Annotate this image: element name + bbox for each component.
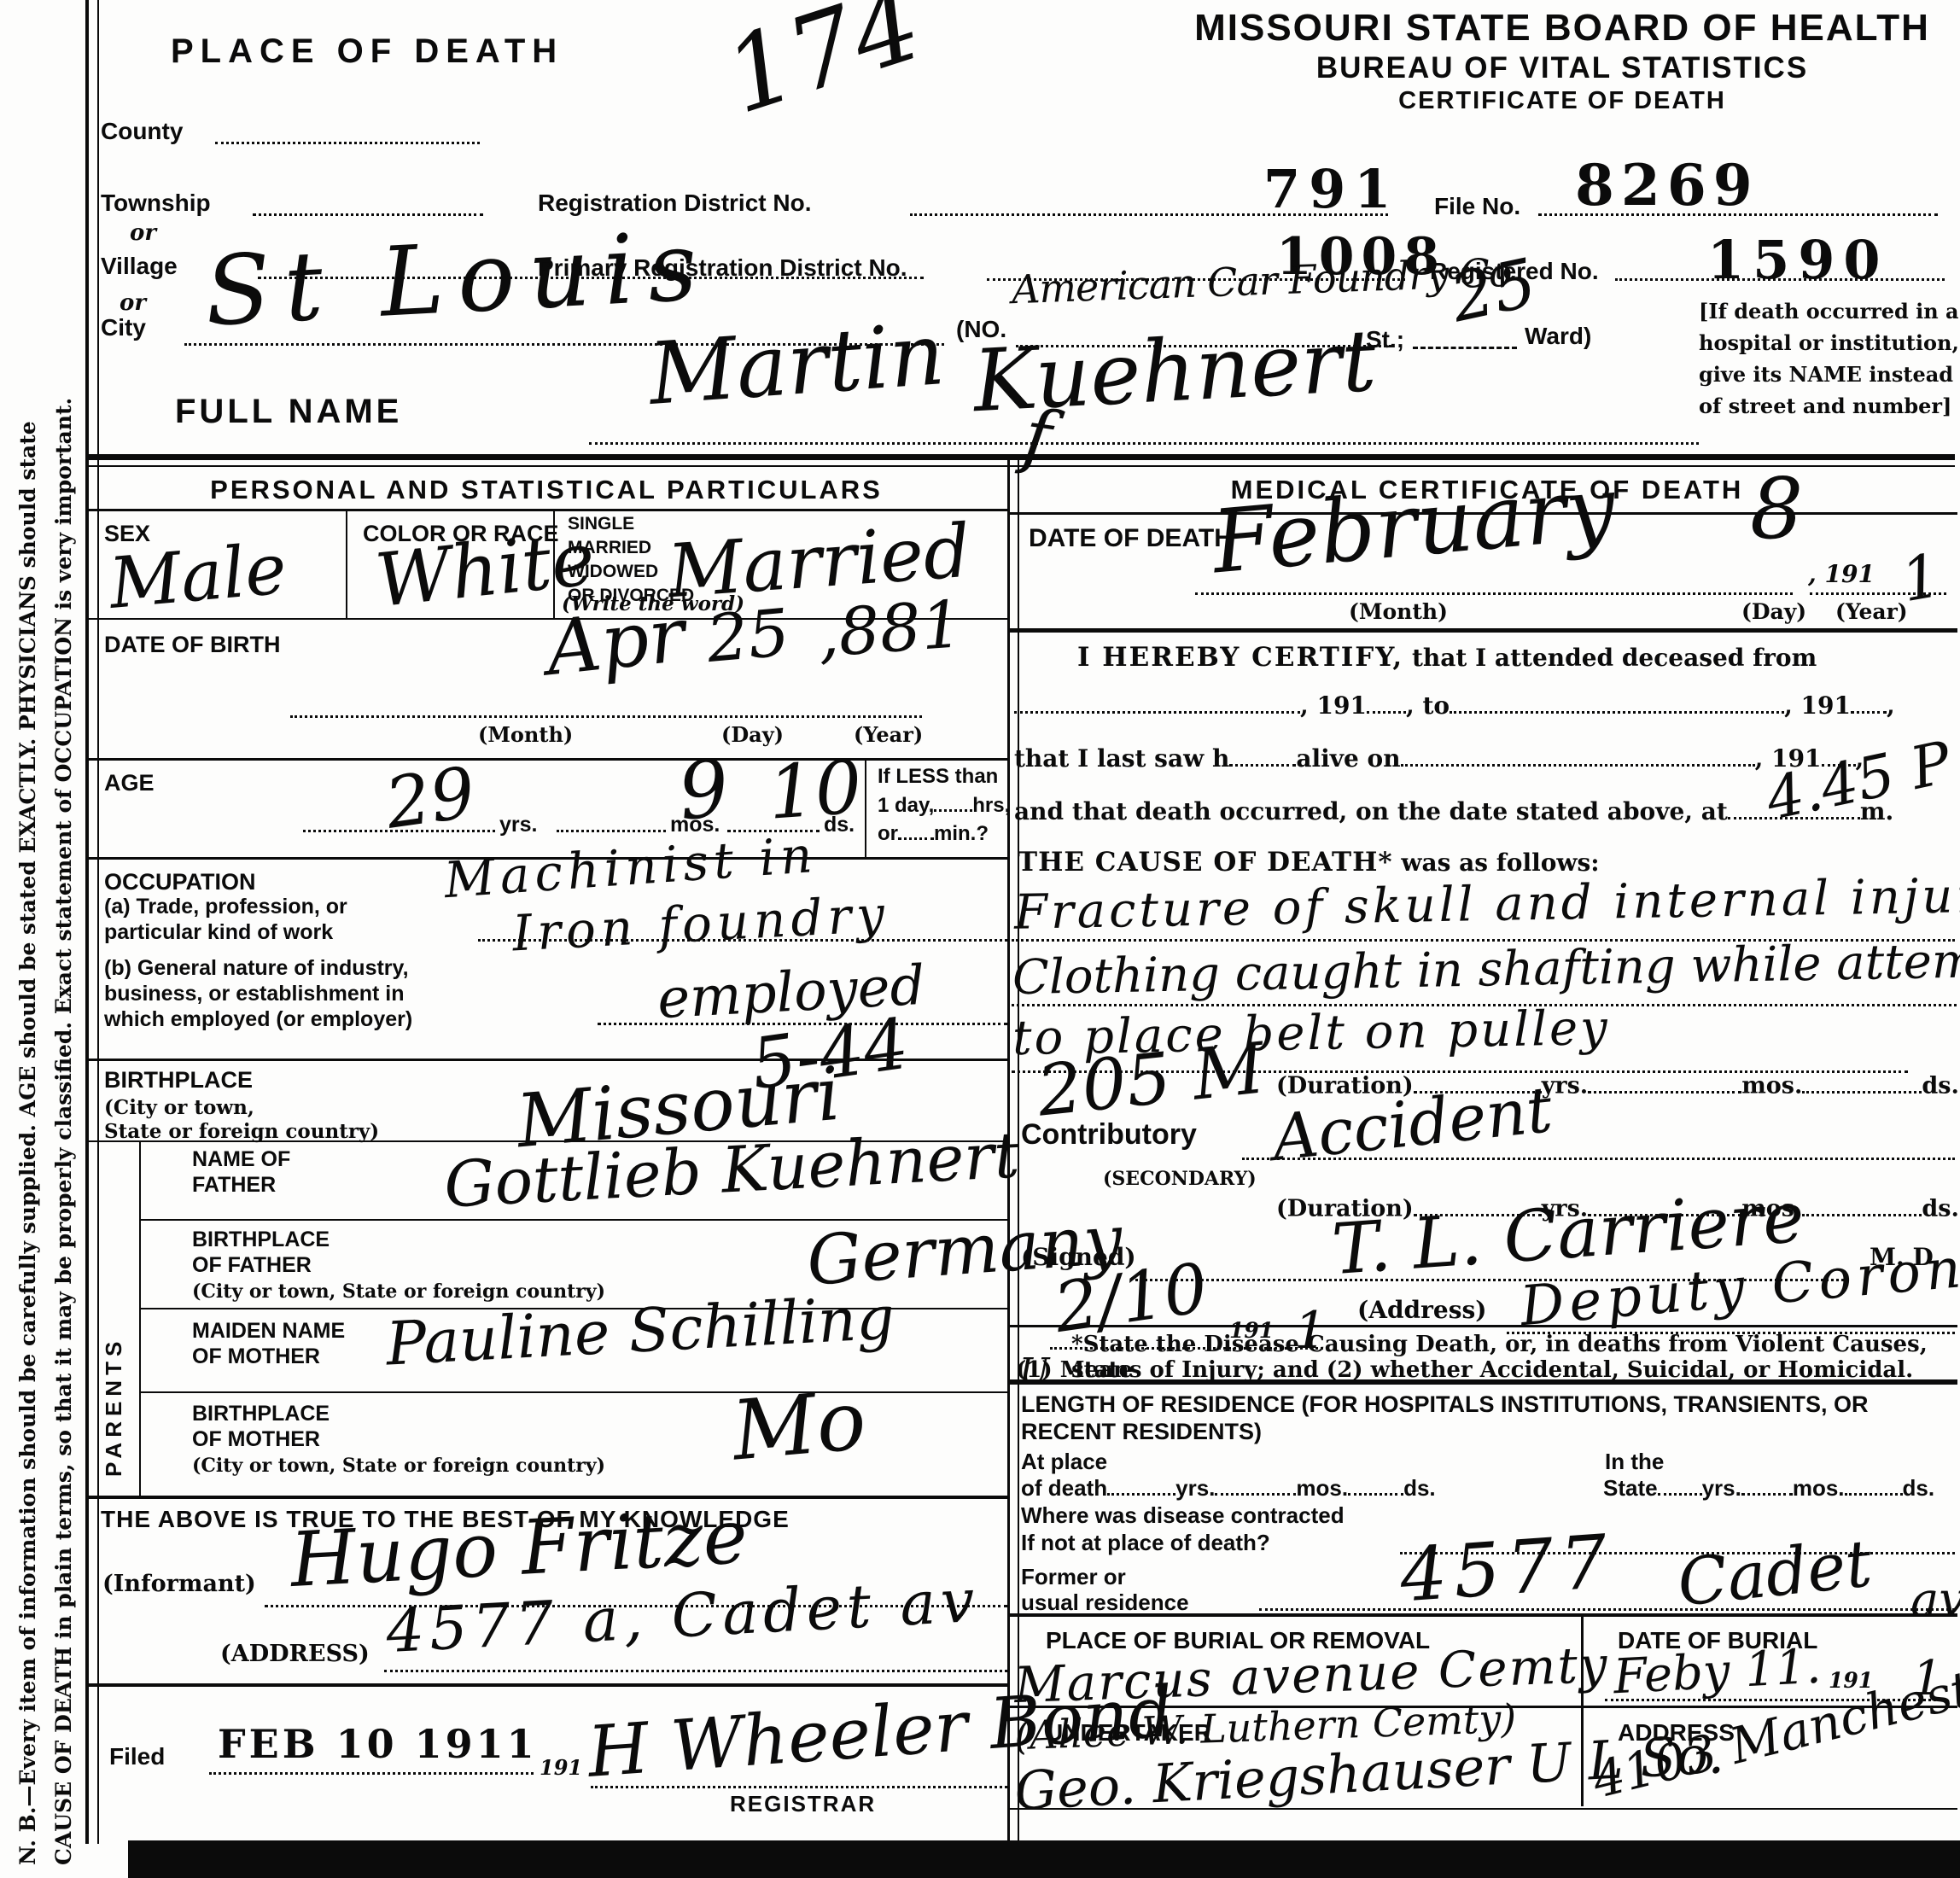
duration2-ds-blank <box>1802 1195 1922 1216</box>
mother-name-label-line2: OF MOTHER <box>192 1344 320 1369</box>
father-birthplace-label-line2: OF FATHER <box>192 1253 312 1278</box>
registrar-blank <box>591 1786 1007 1788</box>
age-note-line2: 1 day,hrs, <box>878 793 1010 818</box>
informant-address-blank <box>384 1670 1007 1672</box>
parents-bottom-rule <box>85 1496 1007 1499</box>
undertaker-bottom-rule <box>1010 1808 1957 1810</box>
primary-registration-label: Primary Registration District No. <box>538 254 907 282</box>
attended-y191b: , 191 <box>1784 691 1851 720</box>
village-label: Village <box>101 253 178 280</box>
certificate-title: CERTIFICATE OF DEATH <box>1187 87 1938 115</box>
age-note-min-blank <box>898 821 934 840</box>
place-ds-label: ds. <box>1403 1475 1436 1501</box>
color-marital-divider <box>553 509 555 618</box>
duration1-ds-label: ds. <box>1922 1073 1958 1099</box>
occupation-label: OCCUPATION <box>104 869 256 895</box>
filed-year-printed: 191 <box>540 1755 582 1780</box>
former-residence-blank <box>1259 1608 1955 1611</box>
attended-comma: , <box>1887 691 1895 720</box>
hospital-note-line4: of street and number] <box>1699 390 1960 422</box>
mother-birthplace-label-line2: OF MOTHER <box>192 1427 320 1452</box>
death-year-label: (Year) <box>1835 599 1908 624</box>
duration1-mos-blank <box>1588 1072 1741 1094</box>
bottom-scan-bar <box>128 1840 1960 1878</box>
place-ds-blank <box>1348 1475 1403 1496</box>
death-occurred-row: and that death occurred, on the date sta… <box>1014 797 1893 825</box>
informant-bottom-rule <box>85 1683 1007 1687</box>
death-date-blank2 <box>1810 592 1946 595</box>
attended-to-blank <box>1450 692 1784 714</box>
left-border-outer <box>85 0 89 1844</box>
in-state-row: Stateyrs.mos.ds. <box>1603 1475 1934 1502</box>
occupation-a-label-line1: (a) Trade, profession, or <box>104 895 347 919</box>
mother-birthplace-label-line1: BIRTHPLACE <box>192 1402 330 1426</box>
birthplace-label: BIRTHPLACE <box>104 1067 253 1094</box>
attended-y191a-blank <box>1367 692 1406 714</box>
age-note-min-label: min.? <box>934 822 989 845</box>
contributory-label: Contributory <box>1021 1118 1197 1152</box>
margin-note-line1: N. B.—Every item of information should b… <box>10 21 46 1865</box>
filed-label: Filed <box>109 1743 165 1770</box>
last-saw-blank1 <box>1229 745 1296 767</box>
hospital-note-line1: [If death occurred in a <box>1699 295 1960 327</box>
mother-birthplace-value-handwriting: Mo <box>728 1372 869 1478</box>
dob-day-handwriting: 25 <box>703 594 792 677</box>
death-certificate-scan: N. B.—Every item of information should b… <box>0 0 1960 1878</box>
age-yrs-label: yrs. <box>499 813 537 837</box>
alive-on-text: alive on <box>1296 744 1400 773</box>
birthplace-sub-line1: (City or town, <box>104 1096 254 1119</box>
father-birthplace-label-line1: BIRTHPLACE <box>192 1228 330 1252</box>
age-note-divider <box>865 760 866 857</box>
registrar-label: REGISTRAR <box>730 1791 876 1817</box>
age-ds-label: ds. <box>824 813 855 837</box>
county-blank-line <box>215 142 480 144</box>
former-residence-label-line1: Former or <box>1021 1564 1126 1590</box>
place-mos-label: mos. <box>1296 1475 1348 1501</box>
residence-title-line2: RECENT RESIDENTS) <box>1021 1419 1262 1445</box>
burial-date-value-handwriting: Feby 11. <box>1612 1639 1822 1706</box>
township-blank-line <box>253 213 483 216</box>
hospital-note-line2: hospital or institution, <box>1699 327 1960 359</box>
dob-month-handwriting: Apr <box>542 591 689 692</box>
alive-on-blank <box>1401 745 1755 767</box>
age-years-blank <box>303 830 495 832</box>
age-note-line3-text: or <box>878 822 898 845</box>
father-birthplace-sub-label: (City or town, State or foreign country) <box>192 1280 605 1303</box>
file-no-label: File No. <box>1434 193 1520 220</box>
dob-blank <box>290 715 922 718</box>
dob-month-label: (Month) <box>478 722 573 747</box>
street-value-handwriting: American Car Foundry Co <box>1011 249 1512 312</box>
ward-label: Ward) <box>1525 323 1591 350</box>
filed-date-stamp: FEB 10 1911 <box>218 1721 538 1767</box>
informant-address-label: (ADDRESS) <box>220 1641 370 1667</box>
occupation-b-label-line2: business, or establishment in <box>104 982 404 1006</box>
cause-bold-text: THE CAUSE OF DEATH* <box>1018 847 1393 878</box>
hospital-note: [If death occurred in a hospital or inst… <box>1699 295 1960 422</box>
or-label-2: or <box>120 290 146 316</box>
cause-line2-handwriting: Clothing caught in shafting while attemp… <box>1012 931 1960 1006</box>
contracted-label-line1: Where was disease contracted <box>1021 1502 1345 1529</box>
sex-value-handwriting: Male <box>106 528 289 625</box>
at-place-row: of deathyrs.mos.ds. <box>1021 1475 1436 1502</box>
state-yrs-label: yrs. <box>1702 1475 1741 1501</box>
certify-line: I HEREBY CERTIFY, that I attended deceas… <box>1077 642 1817 673</box>
contracted-label-line2: If not at place of death? <box>1021 1530 1270 1556</box>
death-day-label: (Day) <box>1741 599 1806 624</box>
state-ds-blank <box>1845 1475 1903 1496</box>
state-mos-label: mos. <box>1793 1475 1845 1501</box>
margin-note: N. B.—Every item of information should b… <box>10 21 82 1865</box>
informant-label: (Informant) <box>102 1571 256 1597</box>
attended-y191b-blank <box>1851 692 1887 714</box>
state-yrs-blank <box>1658 1475 1702 1496</box>
in-the-label: In the <box>1605 1449 1664 1475</box>
case-number-handwriting: 174 <box>712 0 935 137</box>
death-date-rule <box>1010 628 1957 633</box>
township-label: Township <box>101 190 211 217</box>
former-residence-street-handwriting: Cadet <box>1674 1525 1875 1620</box>
personal-header-rule <box>85 509 1007 511</box>
duration1-mos-label: mos. <box>1741 1073 1802 1099</box>
physician-address-label: (Address) <box>1357 1296 1486 1324</box>
registration-district-label: Registration District No. <box>538 190 811 217</box>
residence-top-rule <box>1010 1379 1957 1385</box>
age-note-hrs-label: hrs, <box>972 794 1010 817</box>
last-saw-row: that I last saw halive on, 191, <box>1014 744 1864 773</box>
place-yrs-label: yrs. <box>1175 1475 1215 1501</box>
date-of-death-label: DATE OF DEATH <box>1029 524 1233 553</box>
place-of-death-title: PLACE OF DEATH <box>171 32 563 71</box>
age-months-blank <box>557 830 666 832</box>
attended-blank-row: , 191, to, 191, <box>1014 691 1895 720</box>
dob-year-label: (Year) <box>854 722 923 747</box>
dob-day-label: (Day) <box>721 722 784 747</box>
duration2-ds-label: ds. <box>1922 1196 1958 1222</box>
duration1-ds-blank <box>1802 1072 1922 1094</box>
former-residence-number-handwriting: 4577 <box>1397 1519 1617 1618</box>
death-day-handwriting: 8 <box>1750 461 1803 558</box>
at-place-label-line2: of death <box>1021 1475 1107 1501</box>
bureau-title: BUREAU OF VITAL STATISTICS <box>1187 51 1938 85</box>
age-note-hrs-blank <box>934 793 972 812</box>
last-saw-text: that I last saw h <box>1014 744 1229 773</box>
attended-y191a: , 191 <box>1300 691 1367 720</box>
sex-color-divider <box>346 509 347 618</box>
city-label: City <box>101 314 146 341</box>
secondary-label: (Secondary) <box>1103 1168 1257 1190</box>
state-label: State <box>1603 1475 1658 1501</box>
mother-name-label-line1: MAIDEN NAME <box>192 1319 345 1344</box>
footnote-top-rule <box>1010 1325 1957 1327</box>
former-residence-label-line2: usual residence <box>1021 1589 1189 1616</box>
cause-line1-handwriting: Fracture of skull and internal injuries <box>1014 866 1960 940</box>
registration-district-value-stamp: 791 <box>1263 158 1399 220</box>
filed-blank <box>209 1772 534 1775</box>
certify-bold-text: I HEREBY CERTIFY, <box>1077 642 1403 673</box>
personal-section-title: PERSONAL AND STATISTICAL PARTICULARS <box>85 475 1007 505</box>
county-label: County <box>101 118 183 145</box>
occupation-a-label-line2: particular kind of work <box>104 920 333 945</box>
age-label: AGE <box>104 770 155 796</box>
occupation-a-blank <box>478 939 1007 942</box>
file-no-value-stamp: 8269 <box>1575 152 1759 219</box>
board-title: MISSOURI STATE BOARD OF HEALTH <box>1187 7 1938 50</box>
death-occurred-text: and that death occurred, on the date sta… <box>1014 797 1728 825</box>
former-residence-av-handwriting: av <box>1910 1572 1960 1628</box>
certify-rest-text: that I attended deceased from <box>1403 644 1817 672</box>
ward-blank <box>1413 347 1517 349</box>
dob-label: DATE OF BIRTH <box>104 632 280 658</box>
father-name-label-line1: NAME OF <box>192 1147 290 1172</box>
burial-top-rule <box>1010 1613 1957 1617</box>
hospital-note-line3: give its NAME instead <box>1699 359 1960 390</box>
age-note-line1: If LESS than <box>878 765 998 789</box>
parents-rule-3 <box>139 1391 1007 1393</box>
death-year-printed: , 191 <box>1808 560 1875 588</box>
row-rule-2 <box>85 758 1007 761</box>
father-name-label-line2: FATHER <box>192 1173 276 1198</box>
attended-to-label: , to <box>1406 691 1450 720</box>
death-date-blank1 <box>1195 592 1793 595</box>
margin-note-line2: CAUSE OF DEATH in plain terms, so that i… <box>46 21 82 1865</box>
residence-title-line1: LENGTH OF RESIDENCE (FOR HOSPITALS INSTI… <box>1021 1391 1869 1418</box>
state-mos-blank <box>1741 1475 1793 1496</box>
birthplace-sub-line2: State or foreign country) <box>104 1120 379 1143</box>
age-note-line2-text: 1 day, <box>878 794 934 817</box>
full-name-label: FULL NAME <box>175 393 402 431</box>
age-note-line3: ormin.? <box>878 821 989 846</box>
full-name-first-handwriting: Martin <box>645 304 948 424</box>
occupation-b-label-line3: which employed (or employer) <box>104 1007 412 1032</box>
parents-vertical-label: PARENTS <box>101 1204 127 1477</box>
attended-from-blank <box>1014 692 1300 714</box>
state-ds-label: ds. <box>1903 1475 1935 1501</box>
cause-of-death-label: THE CAUSE OF DEATH* was as follows: <box>1018 847 1600 878</box>
left-border-inner <box>97 0 99 1844</box>
at-place-label-line1: At place <box>1021 1449 1107 1475</box>
full-name-blank <box>589 442 1699 445</box>
occupation-b-label-line1: (b) General nature of industry, <box>104 956 409 981</box>
undertaker-label: UNDERTAKER <box>1046 1719 1211 1747</box>
or-label-1: or <box>130 220 156 246</box>
death-month-label: (Month) <box>1349 599 1448 624</box>
dob-year-handwriting: ,881 <box>815 586 965 672</box>
mother-birthplace-sub-label: (City or town, State or foreign country) <box>192 1455 605 1477</box>
parents-inner-divider <box>139 1140 141 1496</box>
place-mos-blank <box>1215 1475 1296 1496</box>
place-yrs-blank <box>1107 1475 1175 1496</box>
cause-rest-text: was as follows: <box>1393 849 1600 877</box>
registered-no-value-stamp: 1590 <box>1707 229 1889 291</box>
